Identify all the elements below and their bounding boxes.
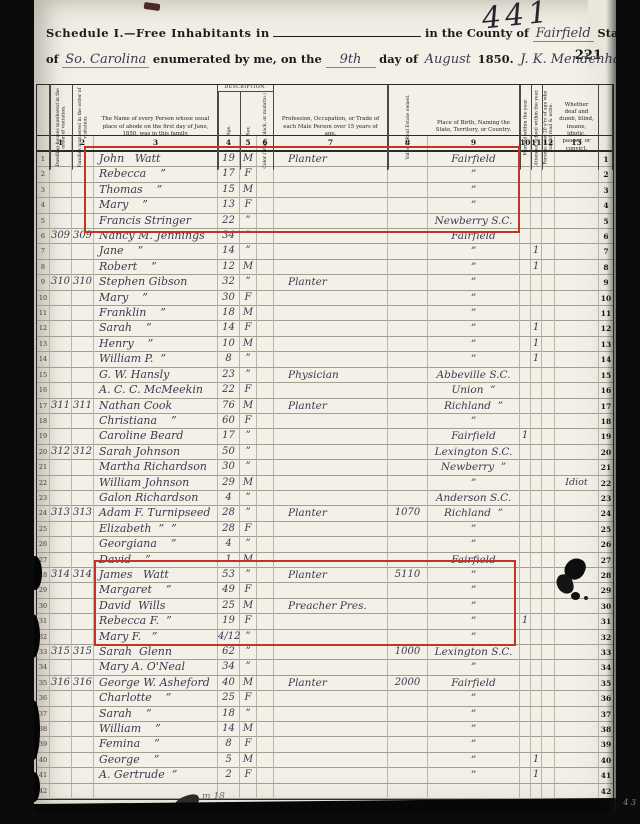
cell-birthplace: Anderson S.C.: [428, 491, 520, 506]
cell-name: James Watt: [94, 568, 218, 583]
line-number: 36: [599, 691, 613, 706]
line-number: 11: [37, 306, 50, 321]
cell-name: William ”: [94, 722, 218, 737]
census-row-25: 25Elizabeth ” ”28F”25: [37, 522, 613, 537]
cell-family: [72, 414, 94, 429]
cell-birthplace: ”: [428, 321, 520, 336]
cell-age: 50: [218, 445, 240, 460]
line-number: 17: [599, 399, 613, 414]
cell-illiterate: [542, 460, 555, 475]
cell-remarks: [555, 722, 599, 737]
cell-dwelling: 315: [50, 645, 72, 660]
cell-age: 25: [218, 691, 240, 706]
census-row-29: 29Margaret ”49F”29: [37, 583, 613, 598]
cell-color: [257, 429, 274, 444]
cell-sex: ”: [240, 352, 257, 367]
cell-name: Stephen Gibson: [94, 275, 218, 290]
line-number: 5: [599, 214, 613, 229]
cell-age: 13: [218, 198, 240, 213]
cell-birthplace: ”: [428, 614, 520, 629]
cell-school: [531, 429, 542, 444]
cell-name: Caroline Beard: [94, 429, 218, 444]
line-number: 9: [37, 275, 50, 290]
cell-age: 76: [218, 399, 240, 414]
cell-married: [520, 476, 531, 491]
cell-profession: [274, 460, 388, 475]
cell-family: [72, 522, 94, 537]
cell-age: 17: [218, 167, 240, 182]
census-row-12: 12Sarah ”14F”112: [37, 321, 613, 336]
census-row-32: 32Mary F. ”4/12””32: [37, 630, 613, 645]
cell-sex: ”: [240, 244, 257, 259]
cell-sex: M: [240, 260, 257, 275]
cell-remarks: [555, 321, 599, 336]
col-header-married: Married within the year.: [520, 85, 531, 170]
cell-remarks: [555, 491, 599, 506]
cell-sex: M: [240, 599, 257, 614]
cell-school: [531, 306, 542, 321]
line-number: 24: [37, 506, 50, 521]
cell-remarks: [555, 522, 599, 537]
cell-color: [257, 167, 274, 182]
cell-married: [520, 321, 531, 336]
cell-sex: F: [240, 383, 257, 398]
cell-age: 49: [218, 583, 240, 598]
cell-remarks: [555, 753, 599, 768]
cell-sex: F: [240, 614, 257, 629]
cell-illiterate: [542, 491, 555, 506]
cell-family: [72, 291, 94, 306]
cell-remarks: [555, 244, 599, 259]
cell-color: [257, 506, 274, 521]
cell-value: [388, 630, 428, 645]
cell-name: Charlotte ”: [94, 691, 218, 706]
cell-birthplace: ”: [428, 476, 520, 491]
cell-birthplace: ”: [428, 722, 520, 737]
census-row-38: 38William ”14M”38: [37, 722, 613, 737]
cell-dwelling: [50, 321, 72, 336]
cell-illiterate: [542, 737, 555, 752]
cell-name: William Johnson: [94, 476, 218, 491]
col-header-illiterate: Persons over 20 y'rs of age who cannot r…: [542, 85, 555, 170]
census-row-24: 24313313Adam F. Turnipseed28”Planter1070…: [37, 506, 613, 521]
cell-birthplace: Fairfield: [428, 429, 520, 444]
cell-birthplace: Abbeville S.C.: [428, 368, 520, 383]
cell-school: [531, 645, 542, 660]
cell-profession: [274, 722, 388, 737]
cell-profession: Preacher Pres.: [274, 599, 388, 614]
district-blank: [273, 26, 421, 37]
cell-name: G. W. Hansly: [94, 368, 218, 383]
cell-sex: F: [240, 768, 257, 783]
cell-remarks: [555, 768, 599, 783]
cell-age: 12: [218, 260, 240, 275]
line-number: 16: [37, 383, 50, 398]
cell-remarks: [555, 368, 599, 383]
cell-profession: [274, 337, 388, 352]
cell-dwelling: 312: [50, 445, 72, 460]
col-header-profession: Profession, Occupation, or Trade of each…: [274, 85, 388, 170]
cell-remarks: [555, 260, 599, 275]
census-row-16: 16A. C. C. McMeekin22FUnion ”16: [37, 383, 613, 398]
cell-married: [520, 229, 531, 244]
cell-married: [520, 568, 531, 583]
cell-color: [257, 722, 274, 737]
cell-family: [72, 183, 94, 198]
cell-sex: [240, 784, 257, 799]
line-number: 25: [599, 522, 613, 537]
cell-family: [72, 460, 94, 475]
cell-sex: M: [240, 337, 257, 352]
cell-sex: M: [240, 183, 257, 198]
cell-illiterate: [542, 768, 555, 783]
census-row-15: 15G. W. Hansly23”PhysicianAbbeville S.C.…: [37, 368, 613, 383]
cell-family: [72, 383, 94, 398]
line-number: 10: [37, 291, 50, 306]
line-number: 31: [599, 614, 613, 629]
cell-profession: [274, 229, 388, 244]
cell-value: [388, 460, 428, 475]
cell-married: [520, 537, 531, 552]
cell-birthplace: Richland ”: [428, 399, 520, 414]
cell-sex: ”: [240, 214, 257, 229]
cell-age: 14: [218, 722, 240, 737]
line-number: 34: [37, 660, 50, 675]
cell-color: [257, 553, 274, 568]
cell-value: [388, 167, 428, 182]
cell-married: [520, 583, 531, 598]
cell-name: Francis Stringer: [94, 214, 218, 229]
cell-married: [520, 660, 531, 675]
cell-dwelling: 309: [50, 229, 72, 244]
cell-dwelling: [50, 460, 72, 475]
cell-value: 2000: [388, 676, 428, 691]
cell-value: [388, 691, 428, 706]
cell-dwelling: [50, 214, 72, 229]
line-number: 32: [599, 630, 613, 645]
cell-name: Nathan Cook: [94, 399, 218, 414]
cell-color: [257, 198, 274, 213]
cell-birthplace: ”: [428, 183, 520, 198]
cell-school: [531, 784, 542, 799]
line-number: 8: [599, 260, 613, 275]
cell-profession: [274, 583, 388, 598]
cell-profession: [274, 537, 388, 552]
cell-name: Rebecca F. ”: [94, 614, 218, 629]
cell-value: [388, 583, 428, 598]
cell-color: [257, 645, 274, 660]
cell-married: [520, 183, 531, 198]
cell-remarks: [555, 198, 599, 213]
cell-illiterate: [542, 183, 555, 198]
cell-remarks: [555, 183, 599, 198]
cell-value: [388, 737, 428, 752]
line-number: 18: [37, 414, 50, 429]
cell-illiterate: [542, 229, 555, 244]
cell-value: [388, 537, 428, 552]
cell-birthplace: ”: [428, 568, 520, 583]
cell-school: [531, 630, 542, 645]
enumerated-label: enumerated by me, on the: [153, 52, 322, 66]
line-number: 34: [599, 660, 613, 675]
cell-name: Mary ”: [94, 291, 218, 306]
cell-dwelling: [50, 630, 72, 645]
cell-value: 1070: [388, 506, 428, 521]
line-number: 40: [37, 753, 50, 768]
cell-name: Nancy M. Jennings: [94, 229, 218, 244]
cell-school: 1: [531, 753, 542, 768]
cell-married: 1: [520, 429, 531, 444]
cell-value: [388, 198, 428, 213]
line-number: 4: [599, 198, 613, 213]
cell-remarks: [555, 506, 599, 521]
cell-color: [257, 399, 274, 414]
cell-color: [257, 229, 274, 244]
cell-dwelling: [50, 414, 72, 429]
cell-married: 1: [520, 614, 531, 629]
cell-school: [531, 229, 542, 244]
cell-school: 1: [531, 321, 542, 336]
census-row-13: 13Henry ”10M”113: [37, 337, 613, 352]
line-number: 28: [599, 568, 613, 583]
cell-age: 18: [218, 707, 240, 722]
cell-profession: [274, 445, 388, 460]
cell-family: [72, 768, 94, 783]
cell-illiterate: [542, 707, 555, 722]
cell-profession: [274, 352, 388, 367]
cell-dwelling: [50, 537, 72, 552]
cell-profession: Planter: [274, 676, 388, 691]
cell-dwelling: [50, 707, 72, 722]
cell-school: [531, 537, 542, 552]
cell-name: Sarah ”: [94, 707, 218, 722]
schedule-title: Schedule I.—Free Inhabitants in: [46, 26, 270, 40]
cell-value: [388, 260, 428, 275]
cell-value: [388, 414, 428, 429]
cell-married: [520, 522, 531, 537]
cell-dwelling: 314: [50, 568, 72, 583]
cell-value: [388, 275, 428, 290]
cell-color: [257, 244, 274, 259]
cell-illiterate: [542, 476, 555, 491]
cell-name: Thomas ”: [94, 183, 218, 198]
cell-school: 1: [531, 352, 542, 367]
line-number: 5: [37, 214, 50, 229]
col-header-age: Age.: [218, 92, 240, 170]
cell-birthplace: Lexington S.C.: [428, 645, 520, 660]
cell-name: George W. Asheford: [94, 676, 218, 691]
cell-name: David Wills: [94, 599, 218, 614]
cell-profession: [274, 630, 388, 645]
corner-pencil-mark: 4 3: [623, 798, 636, 807]
cell-sex: ”: [240, 491, 257, 506]
cell-birthplace: ”: [428, 691, 520, 706]
census-row-37: 37Sarah ”18””37: [37, 707, 613, 722]
cell-family: [72, 753, 94, 768]
cell-remarks: [555, 167, 599, 182]
line-number: 14: [599, 352, 613, 367]
cell-name: Sarah Johnson: [94, 445, 218, 460]
cell-sex: ”: [240, 630, 257, 645]
cell-sex: ”: [240, 568, 257, 583]
line-number: 33: [599, 645, 613, 660]
cell-dwelling: [50, 183, 72, 198]
cell-married: [520, 445, 531, 460]
cell-dwelling: [50, 198, 72, 213]
line-number: 25: [37, 522, 50, 537]
census-row-14: 14William P. ”8””114: [37, 352, 613, 367]
cell-color: [257, 784, 274, 799]
cell-age: 34: [218, 660, 240, 675]
line-number: 3: [37, 183, 50, 198]
of-label: of: [46, 52, 59, 66]
cell-school: [531, 568, 542, 583]
cell-name: Christiana ”: [94, 414, 218, 429]
cell-birthplace: [428, 784, 520, 799]
cell-family: [72, 722, 94, 737]
cell-family: [72, 260, 94, 275]
cell-name: Adam F. Turnipseed: [94, 506, 218, 521]
census-row-31: 31Rebecca F. ”19F”131: [37, 614, 613, 629]
line-number: 17: [37, 399, 50, 414]
cell-value: [388, 229, 428, 244]
census-row-39: 39Femina ”8F”39: [37, 737, 613, 752]
cell-remarks: [555, 383, 599, 398]
cell-dwelling: [50, 768, 72, 783]
cell-color: [257, 753, 274, 768]
cell-birthplace: Newberry ”: [428, 460, 520, 475]
cell-name: David ”: [94, 553, 218, 568]
cell-family: [72, 306, 94, 321]
cell-age: 22: [218, 383, 240, 398]
day-of-label: day of: [379, 52, 418, 66]
line-number: 37: [599, 707, 613, 722]
cell-birthplace: ”: [428, 630, 520, 645]
cell-family: [72, 660, 94, 675]
cell-family: [72, 553, 94, 568]
cell-sex: F: [240, 167, 257, 182]
cell-married: [520, 368, 531, 383]
cell-dwelling: [50, 722, 72, 737]
cell-illiterate: [542, 691, 555, 706]
cell-birthplace: ”: [428, 737, 520, 752]
line-number: 20: [599, 445, 613, 460]
cell-remarks: [555, 537, 599, 552]
cell-name: Martha Richardson: [94, 460, 218, 475]
cell-remarks: [555, 229, 599, 244]
cell-remarks: [555, 737, 599, 752]
cell-married: [520, 676, 531, 691]
census-row-21: 21Martha Richardson30”Newberry ”21: [37, 460, 613, 475]
line-number: 12: [599, 321, 613, 336]
cell-school: 1: [531, 244, 542, 259]
cell-family: [72, 429, 94, 444]
cell-family: [72, 352, 94, 367]
cell-age: 15: [218, 183, 240, 198]
line-number: 41: [599, 768, 613, 783]
line-number: 19: [37, 429, 50, 444]
cell-illiterate: [542, 306, 555, 321]
cell-birthplace: ”: [428, 660, 520, 675]
cell-married: [520, 306, 531, 321]
cell-illiterate: [542, 399, 555, 414]
census-row-5: 5Francis Stringer22”Newberry S.C.5: [37, 214, 613, 229]
census-row-23: 23Galon Richardson4”Anderson S.C.23: [37, 491, 613, 506]
cell-value: [388, 599, 428, 614]
cell-profession: [274, 476, 388, 491]
cell-profession: Planter: [274, 399, 388, 414]
cell-value: [388, 352, 428, 367]
cell-school: [531, 198, 542, 213]
cell-married: [520, 506, 531, 521]
line-number: 30: [37, 599, 50, 614]
cell-school: [531, 383, 542, 398]
cell-sex: M: [240, 753, 257, 768]
cell-value: [388, 660, 428, 675]
col-header-remarks: Whether deaf and dumb, blind, insane, id…: [555, 85, 599, 170]
line-number: 22: [599, 476, 613, 491]
cell-married: [520, 753, 531, 768]
line-number: 29: [599, 583, 613, 598]
cell-dwelling: [50, 352, 72, 367]
cell-name: [94, 784, 218, 799]
cell-color: [257, 291, 274, 306]
census-row-30: 30David Wills25MPreacher Pres.”30: [37, 599, 613, 614]
cell-age: 8: [218, 352, 240, 367]
cell-profession: [274, 614, 388, 629]
cell-school: [531, 275, 542, 290]
cell-school: [531, 722, 542, 737]
cell-age: 4: [218, 537, 240, 552]
cell-profession: [274, 707, 388, 722]
cell-birthplace: ”: [428, 414, 520, 429]
cell-sex: M: [240, 676, 257, 691]
cell-family: [72, 244, 94, 259]
cell-married: [520, 691, 531, 706]
cell-remarks: [555, 645, 599, 660]
cell-sex: F: [240, 522, 257, 537]
cell-sex: ”: [240, 229, 257, 244]
cell-color: [257, 306, 274, 321]
cell-color: [257, 275, 274, 290]
census-row-2: 2Rebecca ”17F”2: [37, 167, 613, 182]
cell-name: Mary F. ”: [94, 630, 218, 645]
cell-illiterate: [542, 630, 555, 645]
cell-value: [388, 476, 428, 491]
cell-dwelling: [50, 167, 72, 182]
cell-value: [388, 321, 428, 336]
cell-family: [72, 337, 94, 352]
cell-name: Femina ”: [94, 737, 218, 752]
cell-dwelling: 310: [50, 275, 72, 290]
cell-profession: [274, 383, 388, 398]
cell-color: [257, 522, 274, 537]
cell-married: [520, 707, 531, 722]
cell-married: [520, 630, 531, 645]
cell-value: 5110: [388, 568, 428, 583]
description-group-header: DESCRIPTION. Age. Sex. Color (White, bla…: [218, 85, 274, 170]
cell-color: [257, 337, 274, 352]
line-number: 22: [37, 476, 50, 491]
cell-name: George ”: [94, 753, 218, 768]
cell-remarks: [555, 214, 599, 229]
cell-profession: [274, 691, 388, 706]
cell-color: [257, 737, 274, 752]
cell-family: 315: [72, 645, 94, 660]
cell-dwelling: [50, 429, 72, 444]
cell-value: [388, 429, 428, 444]
cell-color: [257, 321, 274, 336]
